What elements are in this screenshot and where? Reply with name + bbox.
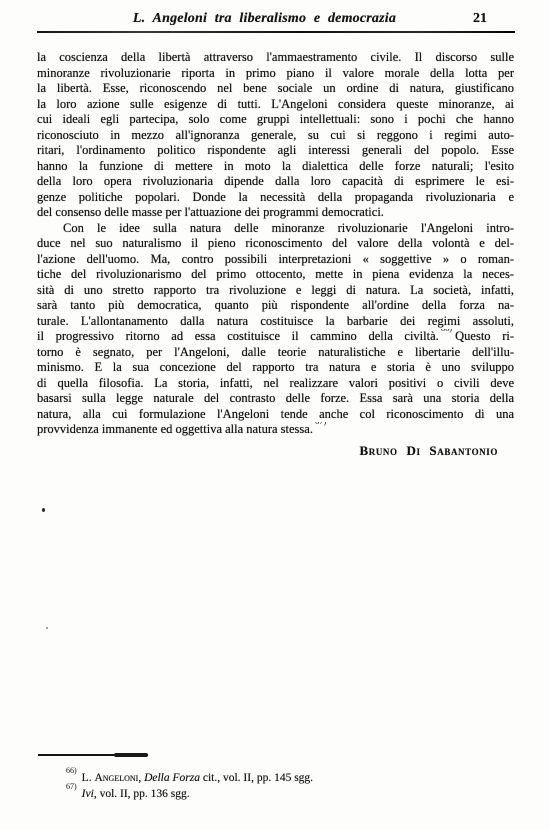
- text-line: la loro azione sulle esigenze di tutti. …: [37, 97, 514, 113]
- book-page-scan: L. Angeloni tra liberalismo e democrazia…: [0, 0, 550, 830]
- text-line: hanno la funzione di mettere in moto la …: [37, 159, 514, 175]
- text-segment: Questo ri-: [455, 329, 514, 343]
- paragraph-1: la coscienza della libertà attraverso l'…: [37, 50, 514, 221]
- text-line: sità di uno stretto rapporto tra rivoluz…: [37, 283, 514, 299]
- text-line: natura, alla cui formulazione l'Angeloni…: [37, 407, 514, 423]
- scan-speck: [42, 508, 45, 512]
- text-line: riconosciuto in mezzo all'ignoranza gene…: [37, 128, 514, 144]
- page-number: 21: [473, 11, 513, 27]
- text-line: sarà tanto più democratica, quanto più r…: [37, 298, 514, 314]
- text-line: ritari, l'ordinamento politico risponden…: [37, 143, 514, 159]
- scan-speck: [46, 627, 48, 629]
- text-line: l'azione dell'uomo. Ma, contro possibili…: [37, 252, 514, 268]
- running-header-title: L. Angeloni tra liberalismo e democrazia: [37, 11, 492, 27]
- footnote-separator-rule: [38, 754, 148, 756]
- text-segment: provvidenza immanente ed oggettiva alla …: [37, 422, 313, 436]
- footnotes-block: 66)L. Angeloni, Della Forza cit., vol. I…: [68, 771, 503, 802]
- text-line: di quella filosofia. La storia, infatti,…: [37, 376, 514, 392]
- text-line: torno è segnato, per l'Angeloni, dalle t…: [37, 345, 514, 361]
- text-line: Con le idee sulla natura delle minoranze…: [37, 221, 514, 237]
- header-rule: [37, 31, 515, 33]
- text-line: del consenso delle masse per l'attuazion…: [37, 205, 514, 221]
- footnote-66: 66)L. Angeloni, Della Forza cit., vol. I…: [68, 771, 503, 787]
- footnote-marker-67: 67): [66, 782, 77, 791]
- text-line: la libertà. Esse, riconoscendo nel bene …: [37, 81, 514, 97]
- body-text: la coscienza della libertà attraverso l'…: [37, 50, 514, 438]
- text-line: duce nel suo naturalismo il pieno ricono…: [37, 236, 514, 252]
- footnote-text: L.: [82, 772, 95, 784]
- text-line: turale. L'allontanamento dalla natura co…: [37, 314, 514, 330]
- footnote-work-title-italic: Ivi: [82, 788, 94, 800]
- text-line-with-footnote-ref: il progressivo ritorno ad essa costituis…: [37, 329, 514, 345]
- footnote-text: , vol. II, pp. 136 sgg.: [94, 788, 190, 800]
- text-line: tiche del rivoluzionarismo del primo ott…: [37, 267, 514, 283]
- author-signature: Bruno Di Sabantonio: [37, 443, 498, 459]
- text-line: genze politiche popolari. Donde la neces…: [37, 190, 514, 206]
- footnote-ref-66: 66): [441, 329, 452, 333]
- text-line: basarsi sulla legge naturale del contras…: [37, 391, 514, 407]
- footnote-marker-66: 66): [66, 766, 77, 775]
- text-line: la coscienza della libertà attraverso l'…: [37, 50, 514, 66]
- text-line: minismo. E la sua concezione del rapport…: [37, 360, 514, 376]
- paragraph-2: Con le idee sulla natura delle minoranze…: [37, 221, 514, 438]
- footnote-work-title-italic: Della Forza: [144, 772, 200, 784]
- footnote-text: cit., vol. II, pp. 145 sgg.: [200, 772, 313, 784]
- text-line-with-footnote-ref: provvidenza immanente ed oggettiva alla …: [37, 422, 514, 438]
- footnote-67: 67)Ivi, vol. II, pp. 136 sgg.: [68, 787, 503, 803]
- text-line: minoranze rivoluzionarie riporta in prim…: [37, 66, 514, 82]
- text-segment: il progressivo ritorno ad essa costituis…: [37, 329, 439, 343]
- text-line: della loro opera rivoluzionaria dipende …: [37, 174, 514, 190]
- footnote-author-smallcaps: Angeloni: [94, 772, 138, 784]
- text-line: cui ideali egli partecipa, solo come gru…: [37, 112, 514, 128]
- footnote-ref-67: 67): [315, 422, 326, 426]
